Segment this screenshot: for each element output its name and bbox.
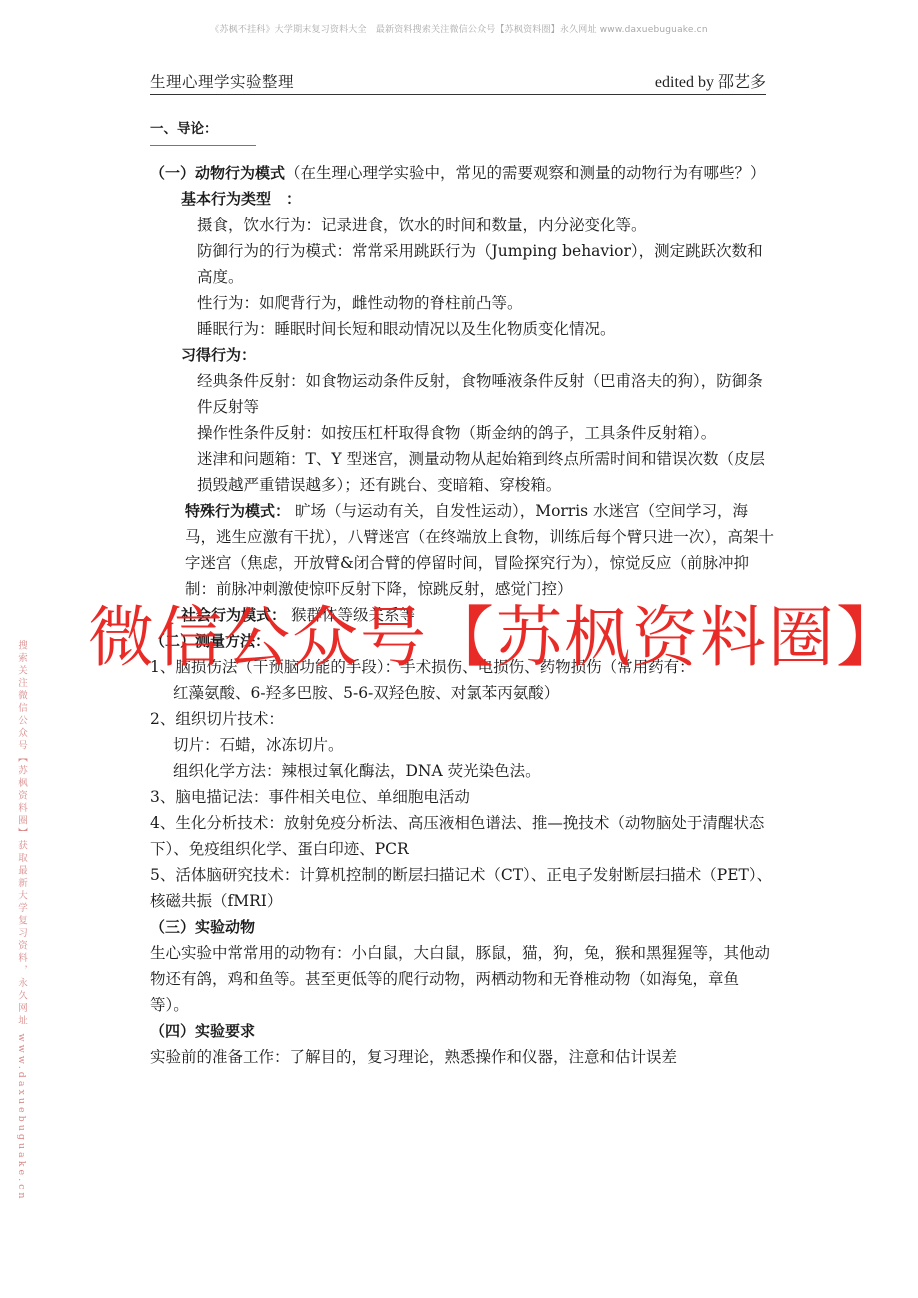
- method-item: 1、脑损伤法（干预脑功能的手段）：手术损伤、电损伤、药物损伤（常用药有：: [150, 654, 776, 680]
- method-item: 3、脑电描记法：事件相关电位、单细胞电活动: [150, 784, 776, 810]
- basic-behavior-item: 性行为：如爬背行为，雌性动物的脊柱前凸等。: [150, 290, 776, 316]
- part2-heading: （二）测量方法：: [150, 628, 776, 654]
- method-subitem: 切片：石蜡，冰冻切片。: [150, 732, 776, 758]
- section-heading-intro: 一、导论：: [150, 118, 256, 146]
- part3-heading: （三）实验动物: [150, 914, 776, 940]
- method-item-continued: 红藻氨酸、6-羟多巴胺、5-6-双羟色胺、对氯苯丙氨酸）: [150, 680, 776, 706]
- side-strip-watermark: 搜索关注微信公众号【苏枫资料圈】获取最新大学复习资料，永久网址 www.daxu…: [14, 640, 28, 1202]
- social-behavior-paragraph: 社会行为模式： 猴群体等级关系等: [150, 602, 776, 628]
- document-title: 生理心理学实验整理: [150, 70, 294, 92]
- basic-behavior-item: 睡眠行为：睡眠时间长短和眼动情况以及生化物质变化情况。: [150, 316, 776, 342]
- top-banner: 《苏枫不挂科》大学期末复习资料大全 最新资料搜索关注微信公众号【苏枫资料圈】永久…: [0, 22, 918, 35]
- method-item: 4、生化分析技术：放射免疫分析法、高压液相色谱法、推—挽技术（动物脑处于清醒状态…: [150, 810, 776, 862]
- part4-text: 实验前的准备工作：了解目的，复习理论，熟悉操作和仪器，注意和估计误差: [150, 1044, 776, 1070]
- basic-behavior-item: 防御行为的行为模式：常常采用跳跃行为（Jumping behavior），测定跳…: [150, 238, 776, 290]
- social-behavior-text: 猴群体等级关系等: [286, 606, 415, 624]
- document-body: 一、导论： （一）动物行为模式（在生理心理学实验中，常见的需要观察和测量的动物行…: [150, 118, 776, 1070]
- method-item: 2、组织切片技术：: [150, 706, 776, 732]
- page-header: 生理心理学实验整理 edited by 邵艺多: [150, 70, 766, 95]
- learned-behavior-item: 迷津和问题箱：T、Y 型迷宫，测量动物从起始箱到终点所需时间和错误次数（皮层损毁…: [150, 446, 776, 498]
- basic-behavior-item: 摄食，饮水行为：记录进食，饮水的时间和数量，内分泌变化等。: [150, 212, 776, 238]
- part1-heading: （一）动物行为模式: [150, 164, 285, 182]
- method-item: 5、活体脑研究技术：计算机控制的断层扫描记术（CT）、正电子发射断层扫描术（PE…: [150, 862, 776, 914]
- part1-heading-paragraph: （一）动物行为模式（在生理心理学实验中，常见的需要观察和测量的动物行为有哪些？）: [150, 160, 776, 186]
- part1-heading-note: （在生理心理学实验中，常见的需要观察和测量的动物行为有哪些？）: [285, 164, 766, 182]
- special-behavior-paragraph: 特殊行为模式： 旷场（与运动有关，自发性运动），Morris 水迷宫（空间学习，…: [150, 498, 776, 602]
- social-behavior-label: 社会行为模式：: [181, 606, 286, 624]
- learned-behavior-item: 经典条件反射：如食物运动条件反射，食物唾液条件反射（巴甫洛夫的狗），防御条件反射…: [150, 368, 776, 420]
- editor-credit: edited by 邵艺多: [655, 69, 766, 92]
- part3-text: 生心实验中常常用的动物有：小白鼠，大白鼠，豚鼠，猫，狗，兔，猴和黑猩猩等，其他动…: [150, 940, 776, 1018]
- basic-behavior-label: 基本行为类型 ：: [150, 186, 776, 212]
- special-behavior-label: 特殊行为模式：: [185, 502, 290, 520]
- part4-heading: （四）实验要求: [150, 1018, 776, 1044]
- learned-behavior-label: 习得行为：: [150, 342, 776, 368]
- learned-behavior-item: 操作性条件反射：如按压杠杆取得食物（斯金纳的鸽子，工具条件反射箱）。: [150, 420, 776, 446]
- method-subitem: 组织化学方法：辣根过氧化酶法，DNA 荧光染色法。: [150, 758, 776, 784]
